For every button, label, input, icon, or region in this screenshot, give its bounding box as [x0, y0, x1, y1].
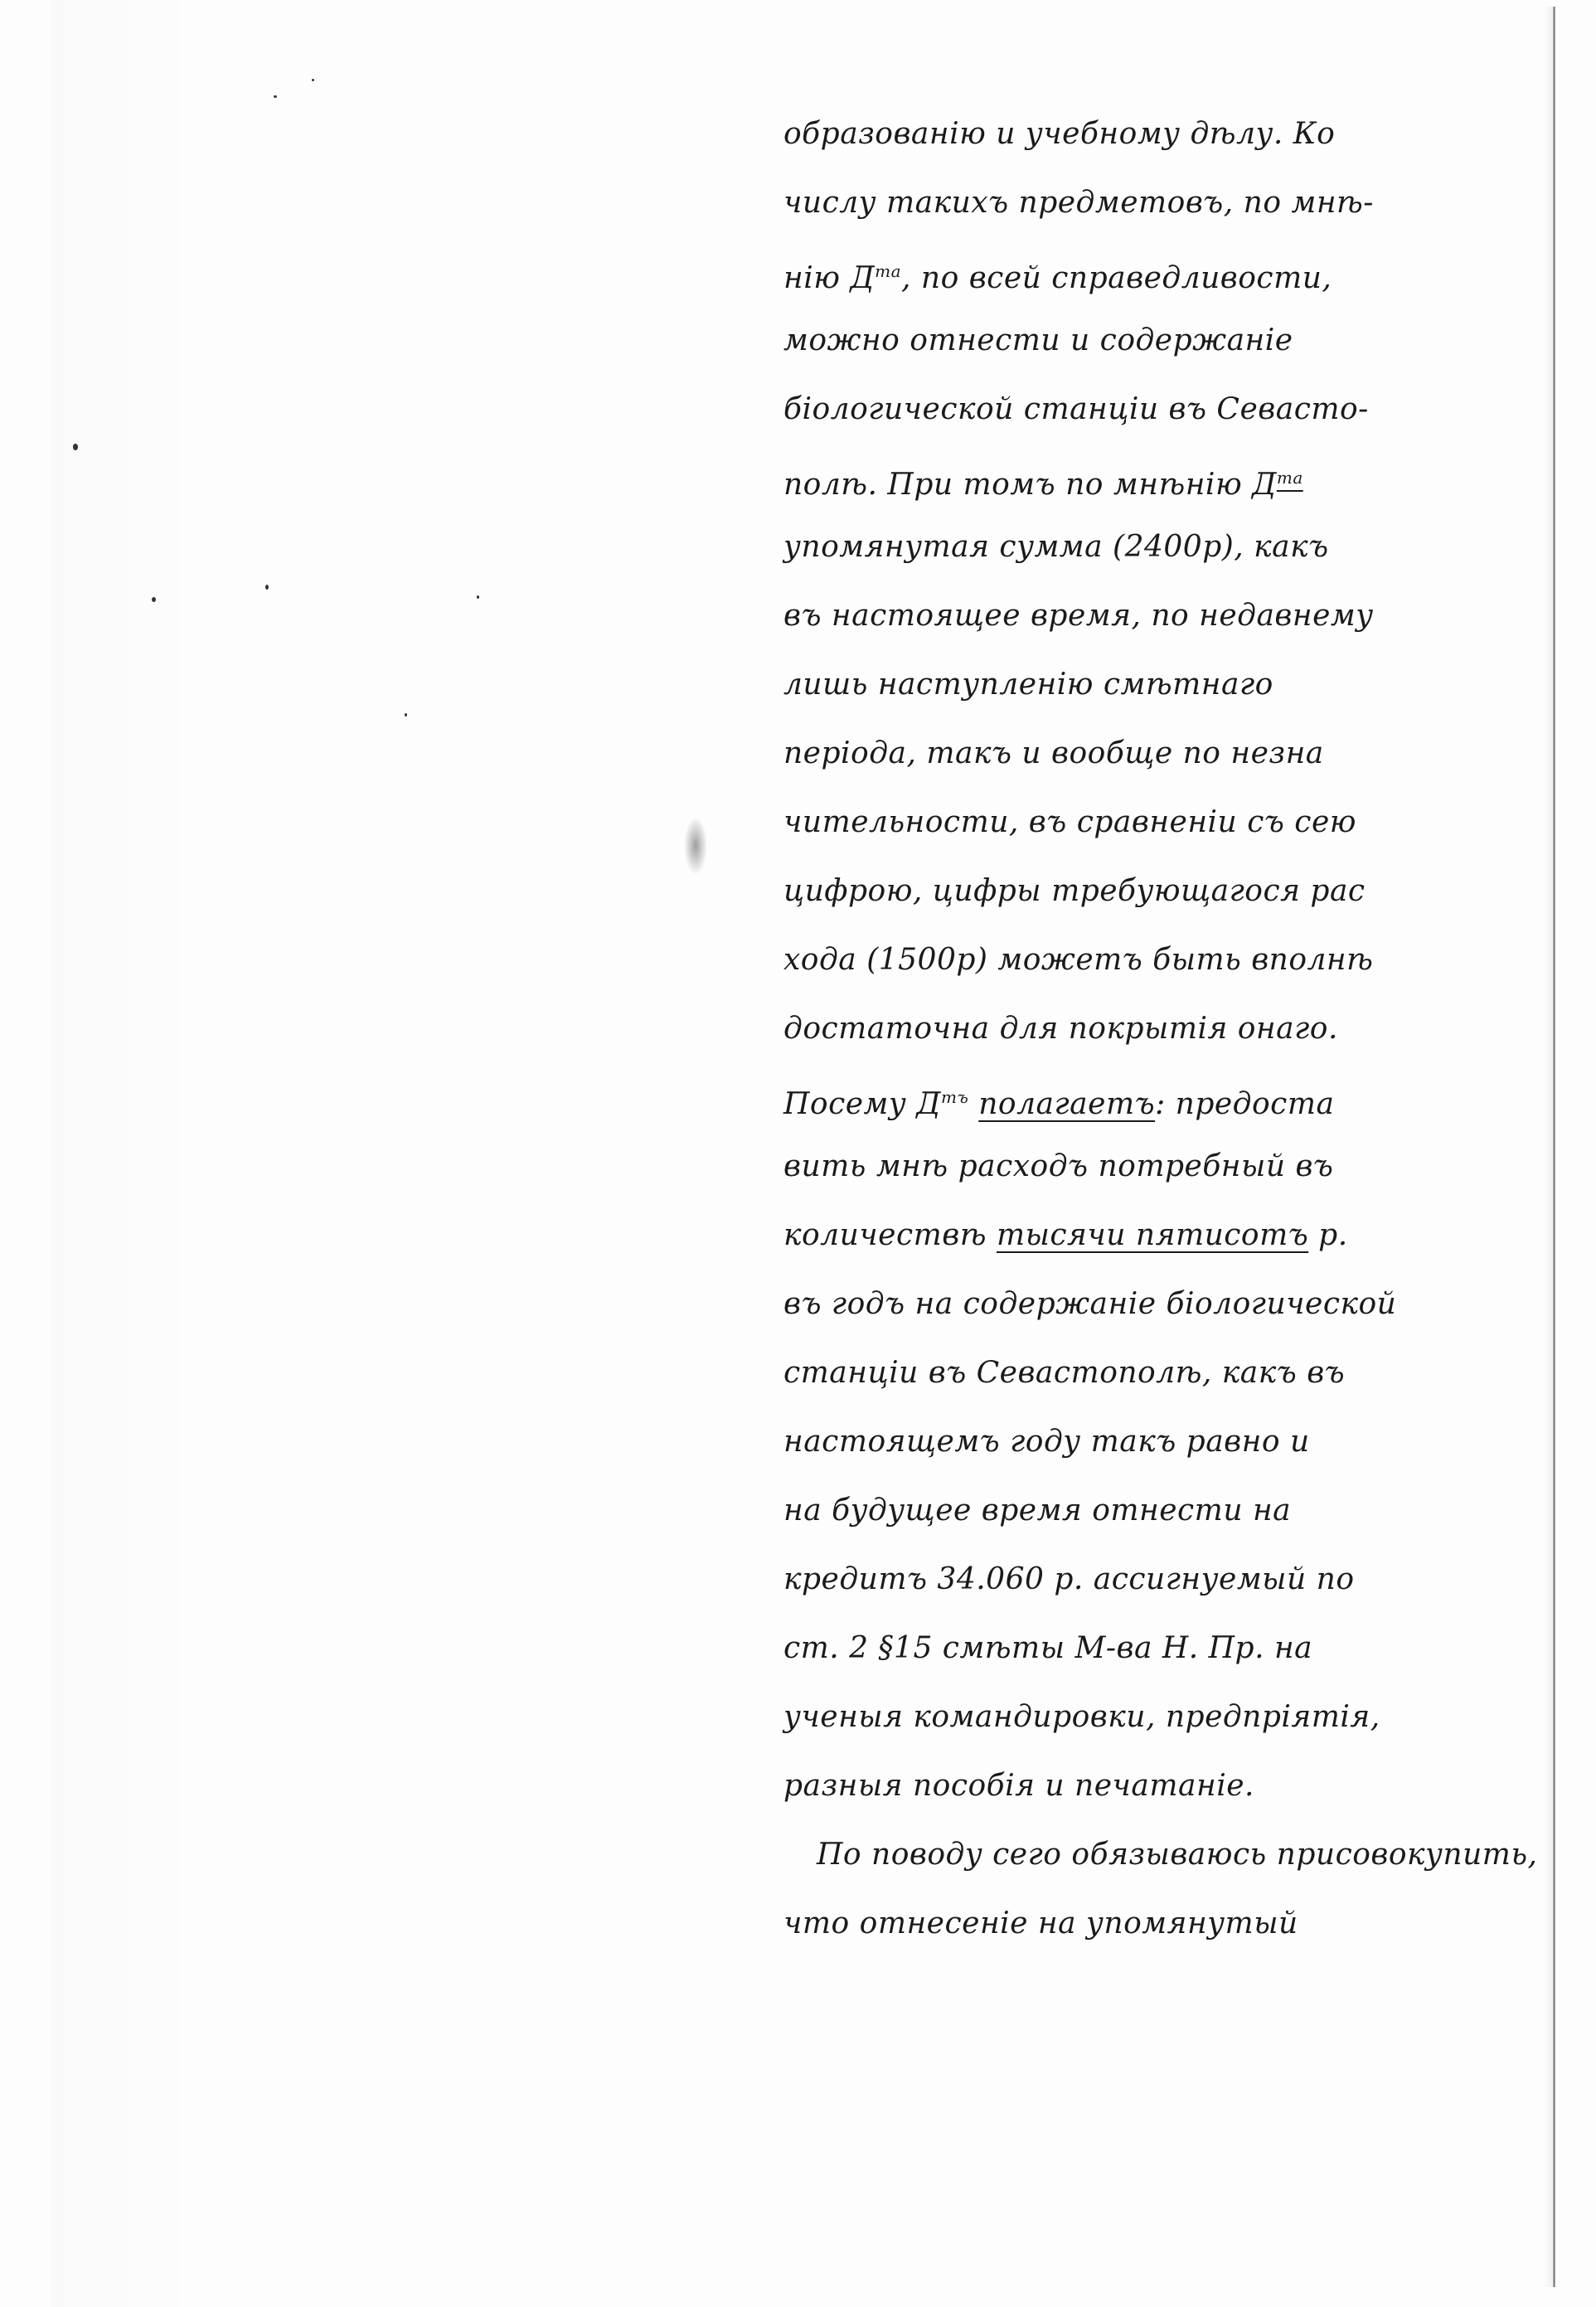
text-line: вить мнѣ расходъ потребный въ	[783, 1132, 1530, 1201]
ink-speck	[274, 95, 277, 98]
text-line: образованію и учебному дѣлу. Ко	[783, 100, 1530, 168]
ink-speck	[152, 597, 156, 602]
ink-speck	[477, 595, 479, 599]
text-line: упомянутая сумма (2400р), какъ	[783, 512, 1530, 581]
underlined-amount: тысячи пятисотъ	[997, 1218, 1308, 1252]
text-line: количествѣ тысячи пятисотъ р.	[783, 1201, 1530, 1270]
page-shading	[50, 0, 199, 2307]
ink-speck	[73, 444, 78, 450]
text-line: достаточна для покрытія онаго.	[783, 994, 1530, 1063]
ink-speck	[265, 585, 269, 590]
text-line: періода, такъ и вообще по незна	[783, 719, 1530, 788]
text-line: ученыя командировки, предпріятія,	[783, 1683, 1530, 1751]
ink-speck	[312, 79, 314, 81]
text-line: нію Дта, по всей справедливости,	[783, 237, 1530, 306]
underlined-word: полагаетъ	[978, 1087, 1155, 1121]
text-line: что отнесеніе на упомянутый	[783, 1889, 1530, 1958]
manuscript-text: образованію и учебному дѣлу. Ко числу та…	[783, 100, 1530, 1958]
text-line: въ годъ на содержаніе біологической	[783, 1270, 1530, 1338]
text-line: ст. 2 §15 смѣты М-ва Н. Пр. на	[783, 1614, 1530, 1683]
text-line: можно отнести и содержаніе	[783, 306, 1530, 375]
text-line: полѣ. При томъ по мнѣнію Дта	[783, 444, 1530, 512]
manuscript-page: образованію и учебному дѣлу. Ко числу та…	[0, 0, 1596, 2307]
text-line: Посему Дтъ полагаетъ: предоста	[783, 1063, 1530, 1132]
text-line: лишь наступленію смѣтнаго	[783, 650, 1530, 719]
text-line: хода (1500р) можетъ быть вполнѣ	[783, 925, 1530, 994]
text-line: въ настоящее время, по недавнему	[783, 581, 1530, 650]
text-line: настоящемъ году такъ равно и	[783, 1407, 1530, 1476]
text-line: цифрою, цифры требующагося рас	[783, 857, 1530, 925]
text-line: станціи въ Севастополѣ, какъ въ	[783, 1338, 1530, 1407]
text-line: кредитъ 34.060 р. ассигнуемый по	[783, 1545, 1530, 1614]
page-edge	[1553, 7, 1555, 2287]
text-line: числу такихъ предметовъ, по мнѣ-	[783, 168, 1530, 237]
text-line: чительности, въ сравненіи съ сею	[783, 788, 1530, 857]
text-line: на будущее время отнести на	[783, 1476, 1530, 1545]
ink-blot	[684, 817, 707, 875]
ink-speck	[405, 713, 407, 716]
text-line: разныя пособія и печатаніе.	[783, 1751, 1530, 1820]
text-line: По поводу сего обязываюсь присовокупить,	[783, 1820, 1530, 1889]
text-line: біологической станціи въ Севасто-	[783, 375, 1530, 444]
